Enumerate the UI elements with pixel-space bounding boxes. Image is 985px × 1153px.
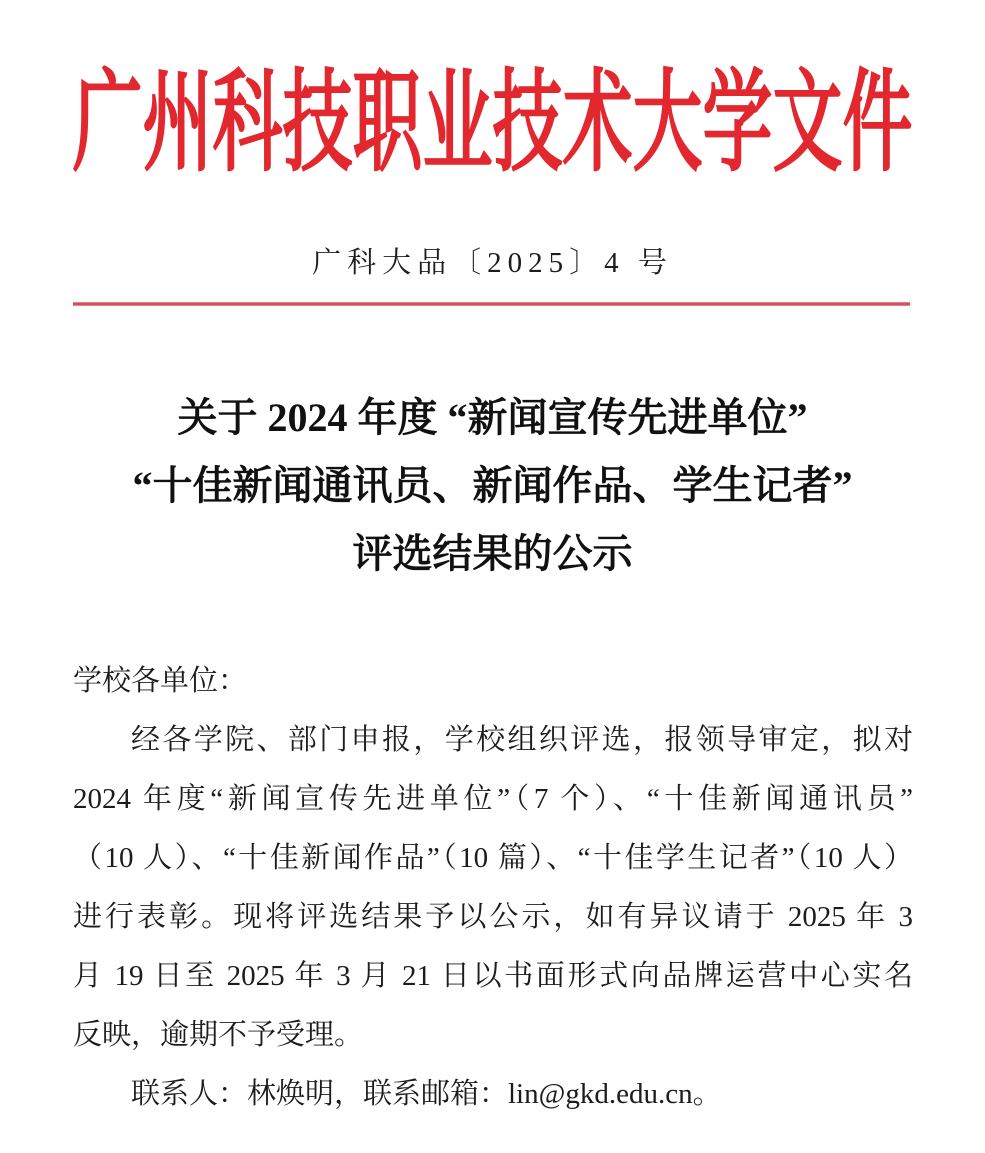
body-line: 反映，逾期不予受理。 [73,1006,913,1065]
body-line: （10 人）、“十佳新闻作品”（10 篇）、“十佳学生记者”（10 人） [73,829,913,888]
document-body: 学校各单位： 经各学院、部门申报，学校组织评选，报领导审定，拟对 2024 年度… [73,652,913,1124]
red-divider-rule [73,302,910,306]
document-title: 关于 2024 年度 “新闻宣传先进单位” “十佳新闻通讯员、新闻作品、学生记者… [0,384,985,588]
title-line-2: “十佳新闻通讯员、新闻作品、学生记者” [0,452,985,520]
title-line-1: 关于 2024 年度 “新闻宣传先进单位” [0,384,985,452]
body-line: 月 19 日至 2025 年 3 月 21 日以书面形式向品牌运营中心实名 [73,947,913,1006]
document-page: 广州科技职业技术大学文件 广科大品〔2025〕4 号 关于 2024 年度 “新… [0,0,985,1153]
body-line: 经各学院、部门申报，学校组织评选，报领导审定，拟对 [73,711,913,770]
salutation-line: 学校各单位： [73,652,913,711]
title-line-3: 评选结果的公示 [0,520,985,588]
body-line: 进行表彰。现将评选结果予以公示，如有异议请于 2025 年 3 [73,888,913,947]
masthead-title: 广州科技职业技术大学文件 [73,34,913,194]
document-masthead: 广州科技职业技术大学文件 [0,34,985,154]
body-line: 2024 年度“新闻宣传先进单位”（7 个）、“十佳新闻通讯员” [73,770,913,829]
doc-number: 广科大品〔2025〕4 号 [0,248,985,278]
contact-line: 联系人：林焕明，联系邮箱：lin@gkd.edu.cn。 [73,1065,913,1124]
